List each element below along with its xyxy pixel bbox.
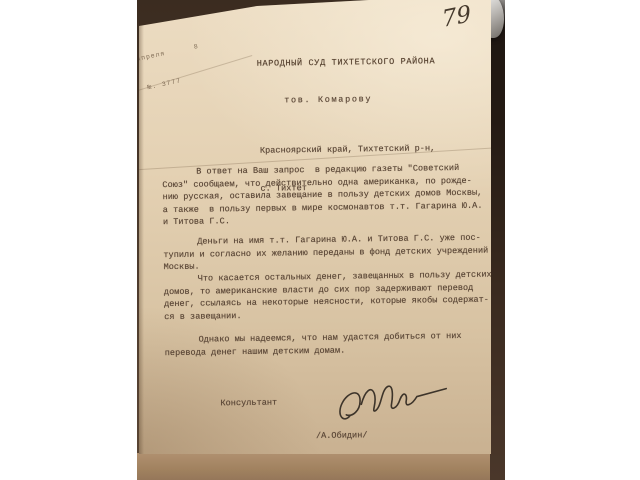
photo-area: апреля 8 №. 3777 79 НАРОДНЫЙ СУД ТИХТЕТС…: [137, 0, 505, 480]
scanned-document-photo: апреля 8 №. 3777 79 НАРОДНЫЙ СУД ТИХТЕТС…: [0, 0, 640, 480]
signature-transcript: /А.Обидин/: [316, 429, 368, 442]
book-edge-shadow: [490, 0, 505, 480]
recipient-line: тов. Комарову: [284, 93, 372, 107]
paragraph: Деньги на имя т.т. Гагарина Ю.А. и Титов…: [163, 231, 497, 273]
document-title: НАРОДНЫЙ СУД ТИХТЕТСКОГО РАЙОНА: [257, 55, 436, 70]
address-line: Красноярский край, Тихтетский р-н,: [260, 143, 436, 158]
paragraph: Однако мы надеемся, что нам удастся доби…: [164, 329, 498, 359]
table-surface: [137, 453, 505, 480]
typed-content: НАРОДНЫЙ СУД ТИХТЕТСКОГО РАЙОНА тов. Ком…: [137, 0, 494, 456]
paragraph: В ответ на Ваш запрос в редакцию газеты …: [162, 161, 497, 229]
signer-role: Консультант: [220, 397, 277, 410]
document-page: апреля 8 №. 3777 79 НАРОДНЫЙ СУД ТИХТЕТС…: [139, 0, 491, 454]
paragraph: Что касается остальных денег, завещанных…: [164, 268, 499, 323]
handwritten-signature: [333, 375, 455, 433]
